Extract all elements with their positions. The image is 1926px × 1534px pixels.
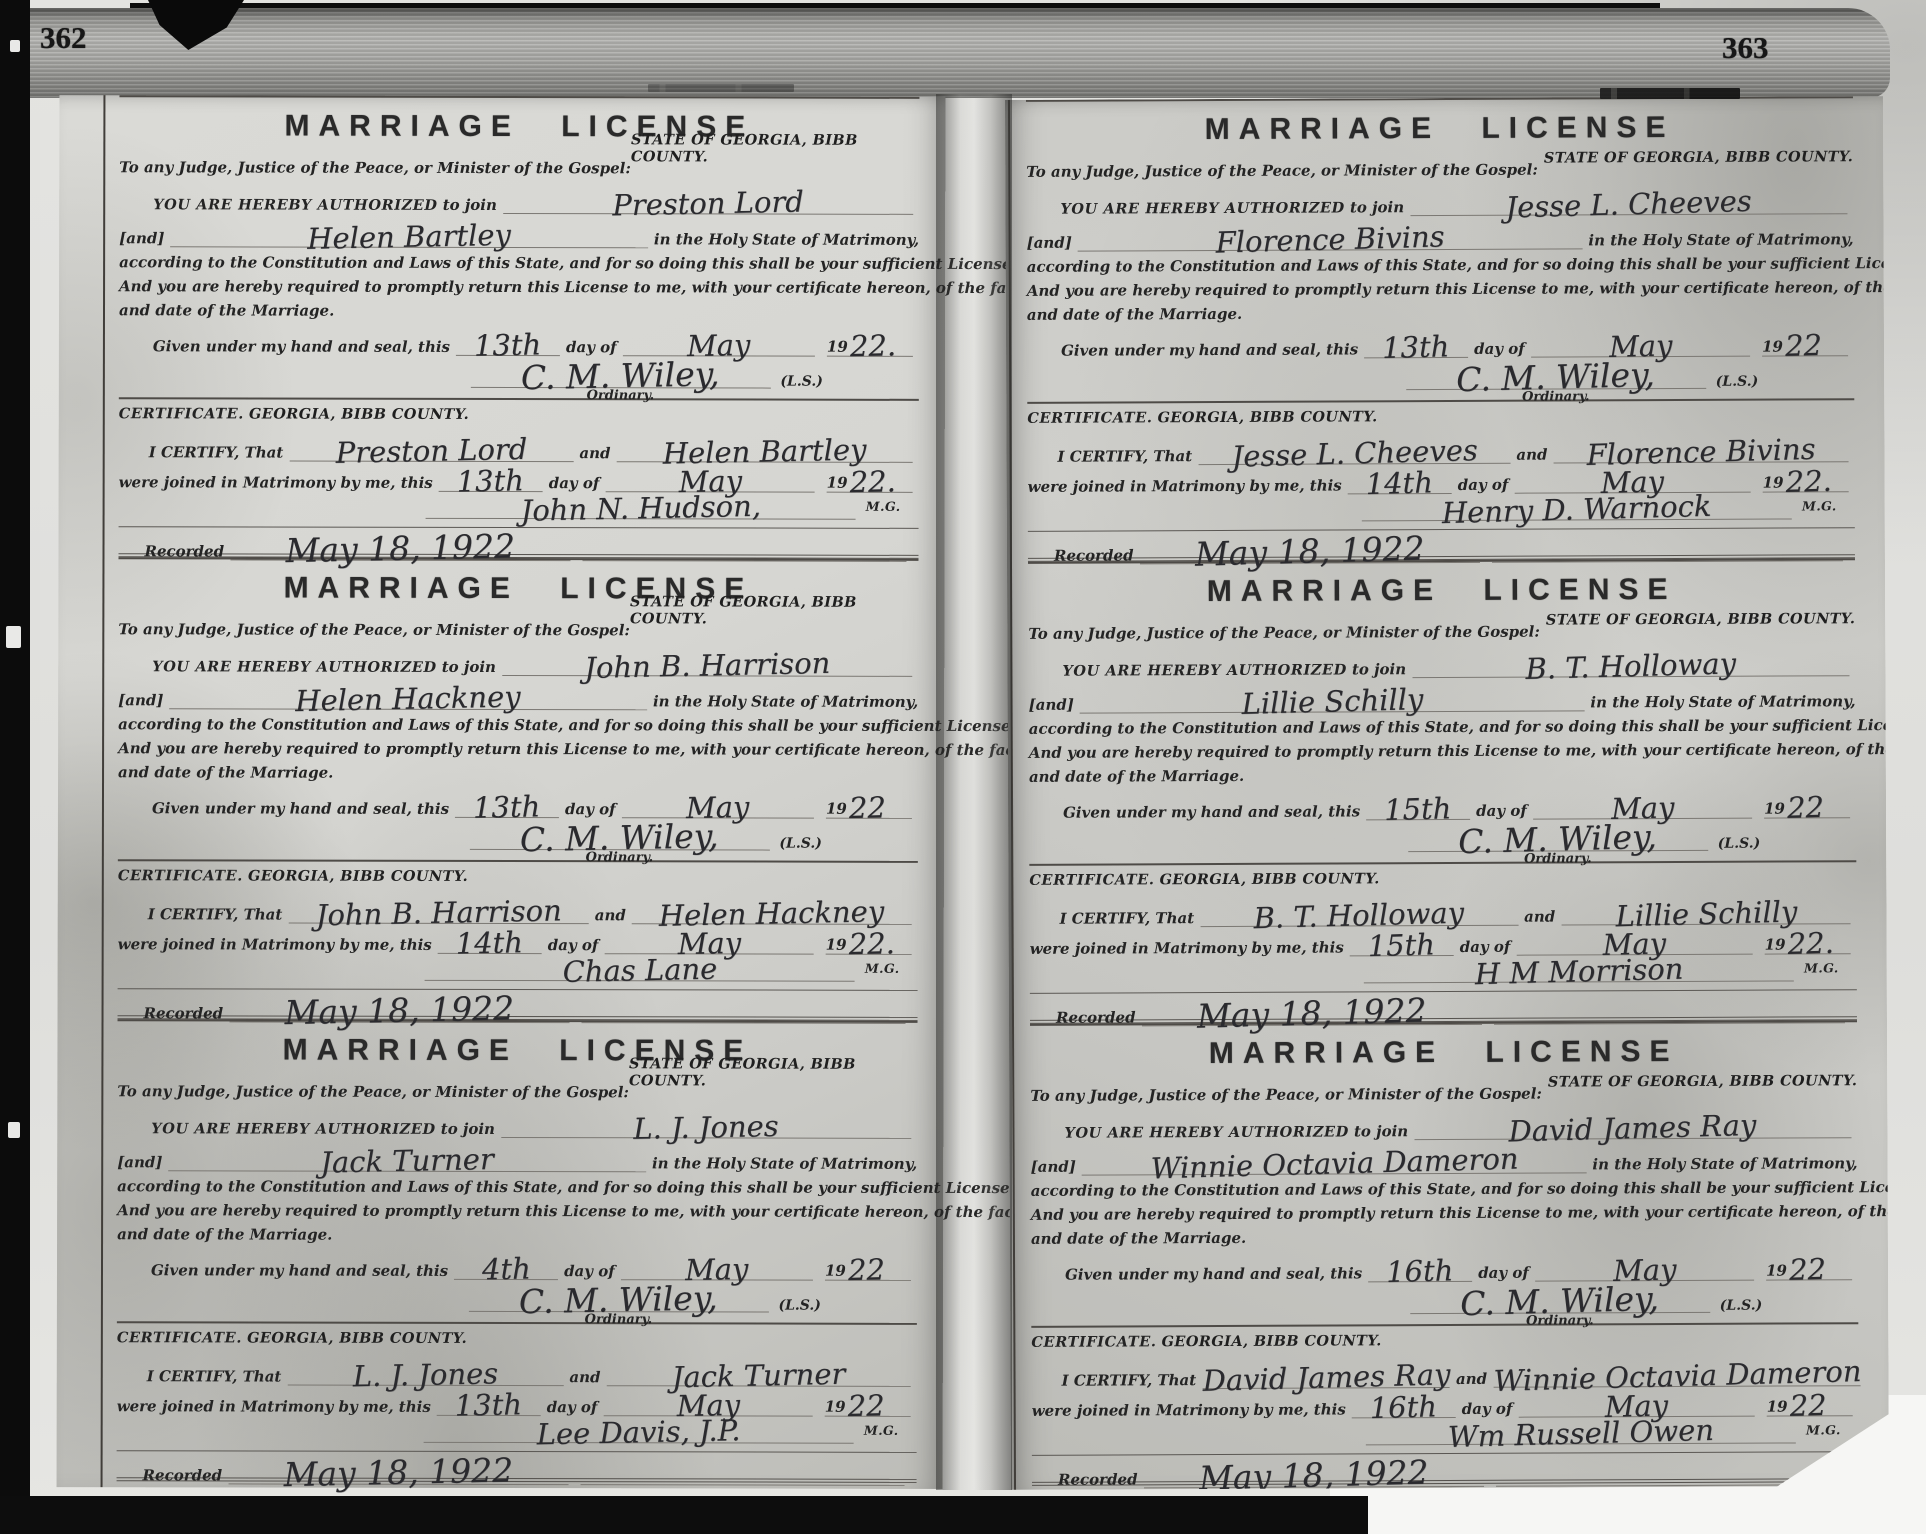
day-of-text: day of [548,936,599,954]
day-of-text: day of [565,800,616,818]
recorded-date-field: May 18, 1922 [1141,1000,1481,1026]
recorded-row: Recorded May 18, 1922 [118,526,918,566]
certificate-groom-handwritten: Jesse L. Cheeves [1231,438,1478,469]
year-prefix: 19 [1765,936,1786,954]
certificate-state-county-line: GEORGIA, BIBB COUNTY. [248,867,468,884]
certify-row: I CERTIFY, That Jesse L. Cheeves and Flo… [1027,426,1854,466]
date-line: and date of the Marriage. [118,763,333,781]
recorded-label: Recorded [1054,546,1134,564]
license-year-handwritten: 22 [1787,795,1825,821]
signature-wrap: C. M. Wiley, Ordinary. [1400,364,1712,405]
header-row: To any Judge, Justice of the Peace, or M… [1028,609,1855,643]
recorded-row: Recorded May 18, 1922 [1032,1451,1859,1493]
certificate-header-row: CERTIFICATE. GEORGIA, BIBB COUNTY. [118,865,918,889]
marriage-license-title: MARRIAGE LICENSE [1207,573,1677,609]
holy-state-text: in the Holy State of Matrimony, [652,1154,917,1173]
certificate-label: CERTIFICATE. [1027,409,1152,427]
certificate-label: CERTIFICATE. [118,867,243,884]
groom-name-handwritten: Jesse L. Cheeves [1505,189,1752,220]
year-prefix: 19 [1762,338,1783,356]
bride-row: [and] Winnie Octavia Dameron in the Holy… [1031,1138,1858,1176]
seal-ls-label: (L.S.) [779,836,821,852]
ordinary-signature-handwritten: C. M. Wiley, [1456,361,1655,394]
ordinary-signature-field: C. M. Wiley, [1406,364,1706,390]
to-join-text: to join [441,1120,495,1138]
i-certify-text: I CERTIFY, That [1060,909,1195,928]
certify-row: I CERTIFY, That B. T. Holloway and Lilli… [1029,888,1856,928]
seal-ls-label: (L.S.) [778,1298,820,1314]
marriage-record: MARRIAGE LICENSE To any Judge, Justice o… [118,95,919,559]
minister-signature-field: John N. Hudson, [426,494,856,520]
certificate-year-field: 19 22 [825,1392,911,1417]
seal-ls-label: (L.S.) [1718,836,1761,852]
authorized-text: YOU ARE HEREBY AUTHORIZED [1060,199,1344,217]
date-row: and date of the Marriage. [119,295,919,321]
license-month-field: May [622,793,814,818]
certificate-state-county-line: GEORGIA, BIBB COUNTY. [1160,870,1380,888]
return-line: And you are hereby required to promptly … [119,277,1022,297]
minister-signature-row: Chas Lane M.G. [118,953,918,982]
date-line: and date of the Marriage. [119,301,334,319]
license-day-handwritten: 16th [1386,1259,1454,1285]
marriage-license-title: MARRIAGE LICENSE [1209,1035,1679,1071]
ordinary-signature-field: C. M. Wiley, [1410,1288,1710,1314]
joined-text: were joined in Matrimony by me, this [117,1397,431,1416]
i-certify-text: I CERTIFY, That [1057,447,1192,466]
certify-row: I CERTIFY, That Preston Lord and Helen B… [119,425,919,463]
license-year-field: 19 22 [1764,793,1850,818]
header-row: To any Judge, Justice of the Peace, or M… [118,608,918,640]
and-text: and [595,906,626,924]
salutation-line: To any Judge, Justice of the Peace, or M… [117,1082,629,1101]
license-year-handwritten: 22. [850,334,897,360]
minister-signature-row: Wm Russell Owen M.G. [1032,1416,1859,1447]
given-row: Given under my hand and seal, this 13th … [1027,320,1854,360]
recorded-date-handwritten: May 18, 1922 [1194,534,1424,568]
recorded-row: Recorded May 18, 1922 [118,988,918,1028]
certificate-label: CERTIFICATE. [1031,1333,1156,1351]
license-year-handwritten: 22 [849,796,886,821]
recorded-date-field: May 18, 1922 [230,535,570,561]
bride-name-field: Helen Hackney [169,684,647,710]
certificate-day-field: 14th [1348,469,1452,494]
certificate-year-field: 19 22. [827,468,913,493]
license-form-column: MARRIAGE LICENSE To any Judge, Justice o… [101,95,946,1489]
year-prefix: 19 [1764,800,1785,818]
day-of-text: day of [564,1262,615,1280]
minister-signature-handwritten: Chas Lane [562,957,717,985]
groom-name-field: Preston Lord [503,189,913,215]
license-day-handwritten: 13th [1382,335,1450,361]
year-prefix: 19 [826,936,847,954]
date-row: and date of the Marriage. [117,1219,917,1245]
recorded-label: Recorded [143,1466,223,1484]
minister-mg-label: M.G. [864,1423,899,1438]
license-day-field: 13th [455,793,559,818]
and-text: and [1456,1370,1487,1388]
date-row: and date of the Marriage. [1031,1220,1858,1248]
state-county-line: STATE OF GEORGIA, BIBB COUNTY. [630,593,918,628]
certificate-bride-field: Lillie Schilly [1561,899,1850,925]
entries-right: MARRIAGE LICENSE To any Judge, Justice o… [1026,96,1859,1486]
year-prefix: 19 [1763,474,1784,492]
certificate-bride-field: Helen Hackney [632,899,912,925]
according-line: according to the Constitution and Laws o… [117,1177,1015,1197]
license-year-field: 19 22 [825,1256,911,1281]
bride-name-handwritten: Helen Bartley [307,223,511,252]
recorded-blank-field [582,536,906,562]
minister-mg-label: M.G. [866,499,901,514]
page-number-right: 363 [1722,30,1769,66]
authorized-row: YOU ARE HEREBY AUTHORIZED to join Presto… [119,176,919,215]
certificate-day-field: 16th [1352,1393,1456,1418]
authorized-text: YOU ARE HEREBY AUTHORIZED [1062,661,1346,679]
license-form-column: MARRIAGE LICENSE To any Judge, Justice o… [1008,96,1889,1490]
authorized-row: YOU ARE HEREBY AUTHORIZED to join L. J. … [117,1100,917,1139]
certificate-day-field: 13th [439,467,543,492]
day-of-text: day of [1474,340,1525,358]
year-prefix: 19 [825,1262,846,1280]
state-county-line: STATE OF GEORGIA, BIBB COUNTY. [1544,148,1853,166]
authorized-row: YOU ARE HEREBY AUTHORIZED to join Jesse … [1026,177,1853,218]
license-year-handwritten: 22 [1785,333,1823,359]
recorded-date-field: May 18, 1922 [228,1459,568,1485]
certificate-year-handwritten: 22 [1789,1393,1827,1419]
certificate-state-county-line: GEORGIA, BIBB COUNTY. [247,1329,467,1346]
certificate-month-field: May [603,1391,812,1416]
edge-speck [8,1122,20,1138]
license-month-field: May [623,331,815,356]
joined-text: were joined in Matrimony by me, this [1032,1400,1346,1419]
book-bottom-edge [0,1496,1368,1534]
minister-mg-label: M.G. [1802,498,1837,513]
recorded-label: Recorded [144,542,224,560]
minister-signature-field: Henry D. Warnock [1362,494,1792,521]
i-certify-text: I CERTIFY, That [1062,1371,1197,1390]
recorded-date-handwritten: May 18, 1922 [283,1456,513,1489]
date-line: and date of the Marriage. [1031,1229,1246,1248]
recorded-label: Recorded [144,1004,224,1022]
groom-name-field: L. J. Jones [501,1113,911,1139]
certificate-groom-field: B. T. Holloway [1200,901,1518,927]
certificate-label: CERTIFICATE. [119,405,244,422]
printer-stamp-right [1600,88,1740,99]
year-prefix: 19 [827,474,848,492]
certificate-groom-field: L. J. Jones [287,1361,563,1387]
certificate-block: CERTIFICATE. GEORGIA, BIBB COUNTY. I CER… [1027,398,1855,562]
recorded-blank-field [1491,536,1843,563]
certificate-day-handwritten: 13th [455,1393,523,1419]
marriage-record: MARRIAGE LICENSE To any Judge, Justice o… [1028,558,1857,1024]
ordinary-signature-field: C. M. Wiley, [468,1287,768,1313]
certificate-day-field: 15th [1350,931,1454,956]
given-row: Given under my hand and seal, this 13th … [119,319,919,357]
given-row: Given under my hand and seal, this 15th … [1029,782,1856,822]
certificate-block: CERTIFICATE. GEORGIA, BIBB COUNTY. I CER… [118,397,918,559]
recorded-row: Recorded May 18, 1922 [117,1450,917,1490]
license-day-field: 15th [1366,795,1470,820]
day-of-text: day of [566,338,617,356]
ordinary-signature-handwritten: C. M. Wiley, [1460,1285,1659,1318]
and-bracket: [and] [1031,1158,1076,1176]
certificate-state-county-line: GEORGIA, BIBB COUNTY. [1158,408,1378,426]
recorded-label: Recorded [1056,1008,1136,1026]
edge-speck [6,626,21,648]
bride-name-field: Lillie Schilly [1080,686,1585,713]
marriage-license-block: MARRIAGE LICENSE To any Judge, Justice o… [119,95,920,399]
certificate-groom-field: Preston Lord [289,437,573,463]
given-text: Given under my hand and seal, this [151,1261,448,1280]
to-join-text: to join [1352,660,1406,678]
certificate-month-field: May [1514,468,1750,494]
license-day-handwritten: 4th [481,1257,530,1283]
certificate-groom-handwritten: L. J. Jones [352,1362,498,1390]
bride-row: [and] Florence Bivins in the Holy State … [1026,214,1853,252]
stacked-page-edges [28,8,1890,98]
minister-signature-handwritten: John N. Hudson, [520,494,761,524]
bride-name-field: Winnie Octavia Dameron [1082,1148,1587,1175]
signature-wrap: C. M. Wiley, Ordinary. [463,825,775,866]
and-bracket: [and] [117,1153,162,1171]
and-bracket: [and] [119,229,164,247]
marriage-record: MARRIAGE LICENSE To any Judge, Justice o… [117,1019,918,1483]
certify-row: I CERTIFY, That John B. Harrison and Hel… [118,887,918,925]
marriage-license-title: MARRIAGE LICENSE [1205,111,1675,147]
bride-row: [and] Lillie Schilly in the Holy State o… [1029,676,1856,714]
holy-state-text: in the Holy State of Matrimony, [1588,230,1853,249]
return-row: And you are hereby required to promptly … [119,271,919,297]
title-row: MARRIAGE LICENSE [1026,107,1853,151]
day-of-text: day of [1478,1264,1529,1282]
groom-name-field: David James Ray [1414,1113,1851,1140]
certificate-bride-field: Florence Bivins [1553,437,1848,463]
return-line: And you are hereby required to promptly … [117,1201,1020,1221]
groom-name-handwritten: John B. Harrison [584,651,830,681]
recorded-date-handwritten: May 18, 1922 [285,532,515,565]
state-county-line: STATE OF GEORGIA, BIBB COUNTY. [1546,610,1855,628]
certificate-groom-field: John B. Harrison [288,899,589,925]
authorized-text: YOU ARE HEREBY AUTHORIZED [151,1120,435,1138]
header-row: To any Judge, Justice of the Peace, or M… [117,1070,917,1102]
license-year-field: 19 22. [827,332,913,357]
authorized-row: YOU ARE HEREBY AUTHORIZED to join David … [1030,1101,1857,1142]
given-text: Given under my hand and seal, this [1065,1264,1362,1283]
day-of-text: day of [1462,1400,1513,1418]
certificate-year-handwritten: 22. [849,470,896,496]
register-page-left: MARRIAGE LICENSE To any Judge, Justice o… [57,95,946,1489]
day-of-text: day of [549,474,600,492]
and-bracket: [and] [1029,696,1074,714]
groom-name-field: Jesse L. Cheeves [1410,189,1847,216]
certificate-month-field: May [605,467,814,492]
day-of-text: day of [1476,802,1527,820]
certificate-year-field: 19 22. [1763,467,1849,492]
holy-state-text: in the Holy State of Matrimony, [1590,692,1855,711]
bride-name-handwritten: Jack Turner [320,1147,494,1175]
certificate-bride-handwritten: Florence Bivins [1586,437,1816,468]
return-row: And you are hereby required to promptly … [118,733,918,759]
joined-text: were joined in Matrimony by me, this [1030,938,1344,957]
signature-wrap: C. M. Wiley, Ordinary. [1404,1288,1716,1329]
certificate-block: CERTIFICATE. GEORGIA, BIBB COUNTY. I CER… [1031,1322,1859,1486]
according-line: according to the Constitution and Laws o… [118,715,1016,735]
according-line: according to the Constitution and Laws o… [119,253,1017,273]
year-prefix: 19 [1767,1398,1788,1416]
seal-ls-label: (L.S.) [780,374,822,390]
date-line: and date of the Marriage. [1027,305,1242,324]
certificate-year-handwritten: 22. [1787,931,1834,957]
ordinary-signature-field: C. M. Wiley, [469,825,769,851]
given-text: Given under my hand and seal, this [1061,340,1358,359]
license-day-field: 13th [1364,333,1468,358]
certificate-day-field: 13th [437,1391,541,1416]
bride-name-field: Florence Bivins [1078,224,1583,251]
salutation-line: To any Judge, Justice of the Peace, or M… [1028,623,1540,643]
bride-name-field: Helen Bartley [170,222,648,248]
certificate-bride-handwritten: Lillie Schilly [1615,900,1797,930]
i-certify-text: I CERTIFY, That [147,1367,282,1385]
return-row: And you are hereby required to promptly … [1029,734,1856,762]
day-of-text: day of [547,1398,598,1416]
certificate-header-row: CERTIFICATE. GEORGIA, BIBB COUNTY. [117,1327,917,1351]
return-row: And you are hereby required to promptly … [1027,272,1854,300]
signature-wrap: C. M. Wiley, Ordinary. [462,1287,774,1328]
minister-signature-field: Chas Lane [425,956,855,982]
salutation-line: To any Judge, Justice of the Peace, or M… [1030,1085,1542,1105]
marriage-license-block: MARRIAGE LICENSE To any Judge, Justice o… [118,557,919,861]
certificate-year-field: 19 22. [1765,929,1851,954]
header-row: To any Judge, Justice of the Peace, or M… [1026,147,1853,181]
year-prefix: 19 [825,1398,846,1416]
bride-name-handwritten: Florence Bivins [1215,225,1445,256]
to-join-text: to join [1350,198,1404,216]
date-row: and date of the Marriage. [1027,296,1854,324]
minister-signature-field: Lee Davis, J.P. [424,1418,854,1444]
seal-ls-label: (L.S.) [1720,1298,1763,1314]
certificate-month-field: May [604,929,813,954]
header-row: To any Judge, Justice of the Peace, or M… [119,146,919,178]
state-county-line: STATE OF GEORGIA, BIBB COUNTY. [1548,1072,1857,1090]
license-month-field: May [1533,794,1752,820]
marriage-license-block: MARRIAGE LICENSE To any Judge, Justice o… [1030,1020,1858,1326]
certificate-bride-field: Winnie Octavia Dameron [1493,1361,1861,1388]
certificate-groom-handwritten: Preston Lord [335,437,527,466]
bride-name-field: Jack Turner [169,1146,647,1172]
certificate-day-handwritten: 14th [1366,471,1434,497]
salutation-line: To any Judge, Justice of the Peace, or M… [119,158,631,177]
bride-row: [and] Jack Turner in the Holy State of M… [117,1137,917,1173]
recorded-blank-field [580,1460,904,1486]
ordinary-signature-handwritten: C. M. Wiley, [520,822,719,854]
recorded-date-field: May 18, 1922 [1139,538,1479,564]
joined-text: were joined in Matrimony by me, this [119,473,433,492]
salutation-line: To any Judge, Justice of the Peace, or M… [1026,161,1538,181]
license-day-handwritten: 15th [1384,797,1452,823]
certificate-year-handwritten: 22. [1785,469,1832,495]
recorded-date-handwritten: May 18, 1922 [1198,1458,1428,1492]
certificate-day-handwritten: 15th [1368,933,1436,959]
recorded-blank-field [1493,998,1845,1025]
authorized-text: YOU ARE HEREBY AUTHORIZED [1064,1123,1348,1141]
groom-name-handwritten: Preston Lord [612,190,804,219]
certificate-groom-field: Jesse L. Cheeves [1198,439,1510,465]
marriage-license-block: MARRIAGE LICENSE To any Judge, Justice o… [1026,96,1854,402]
bride-name-handwritten: Lillie Schilly [1241,687,1423,717]
year-prefix: 19 [826,800,847,818]
groom-name-handwritten: L. J. Jones [633,1114,779,1142]
certify-row: I CERTIFY, That David James Ray and Winn… [1031,1350,1858,1390]
certificate-day-handwritten: 13th [457,469,525,495]
certificate-bride-field: Jack Turner [606,1361,910,1387]
certificate-groom-field: David James Ray [1202,1363,1450,1389]
and-text: and [569,1368,600,1386]
certificate-month-field: May [1516,930,1752,956]
certify-row: I CERTIFY, That L. J. Jones and Jack Tur… [117,1349,917,1387]
certificate-state-county-line: GEORGIA, BIBB COUNTY. [1162,1332,1382,1350]
recorded-date-field: May 18, 1922 [1144,1462,1484,1488]
ordinary-signature-handwritten: C. M. Wiley, [1458,823,1657,856]
certificate-year-handwritten: 22 [847,1394,884,1419]
holy-state-text: in the Holy State of Matrimony, [654,230,919,249]
license-year-field: 19 22 [826,794,912,819]
license-day-field: 16th [1368,1257,1472,1282]
given-row: Given under my hand and seal, this 13th … [118,781,918,819]
according-row: according to the Constitution and Laws o… [1029,710,1856,738]
authorized-row: YOU ARE HEREBY AUTHORIZED to join John B… [118,638,918,677]
certificate-block: CERTIFICATE. GEORGIA, BIBB COUNTY. I CER… [118,859,918,1021]
signature-wrap: C. M. Wiley, Ordinary. [464,363,776,404]
certificate-bride-handwritten: Jack Turner [672,1362,846,1390]
license-day-handwritten: 13th [474,333,542,359]
return-row: And you are hereby required to promptly … [1031,1196,1858,1224]
minister-signature-field: Wm Russell Owen [1366,1418,1796,1445]
recorded-date-handwritten: May 18, 1922 [284,994,514,1027]
title-row: MARRIAGE LICENSE [1030,1031,1857,1075]
minister-signature-field: H M Morrison [1364,956,1794,983]
groom-name-field: John B. Harrison [502,651,912,677]
to-join-text: to join [1354,1122,1408,1140]
and-bracket: [and] [118,691,163,709]
certificate-bride-field: Helen Bartley [616,437,912,463]
license-month-field: May [621,1255,813,1280]
register-book-scan: 362 363 MARRIAGE LICENSE To any Judge, J… [0,0,1926,1534]
state-county-line: STATE OF GEORGIA, BIBB COUNTY. [629,1055,917,1090]
book-left-edge [0,0,30,1534]
return-row: And you are hereby required to promptly … [117,1195,917,1221]
given-row: Given under my hand and seal, this 16th … [1031,1244,1858,1284]
and-text: and [579,444,610,462]
and-bracket: [and] [1027,234,1072,252]
marriage-record: MARRIAGE LICENSE To any Judge, Justice o… [1026,96,1855,562]
license-day-field: 4th [454,1255,558,1280]
minister-signature-row: John N. Hudson, M.G. [119,491,919,520]
license-month-field: May [1531,332,1750,358]
groom-name-handwritten: B. T. Holloway [1525,652,1736,682]
marriage-license-block: MARRIAGE LICENSE To any Judge, Justice o… [1028,558,1856,864]
to-join-text: to join [443,196,497,214]
ordinary-signature-field: C. M. Wiley, [1408,826,1708,852]
minister-signature-handwritten: Wm Russell Owen [1448,1418,1715,1450]
certificate-block: CERTIFICATE. GEORGIA, BIBB COUNTY. I CER… [117,1321,917,1483]
ordinary-signature-handwritten: C. M. Wiley, [521,360,720,392]
certificate-day-handwritten: 16th [1370,1395,1438,1421]
recorded-label: Recorded [1058,1470,1138,1488]
certificate-day-field: 14th [438,929,542,954]
seal-ls-label: (L.S.) [1716,374,1759,390]
to-join-text: to join [442,658,496,676]
minister-mg-label: M.G. [865,961,900,976]
marriage-record: MARRIAGE LICENSE To any Judge, Justice o… [1030,1020,1859,1486]
